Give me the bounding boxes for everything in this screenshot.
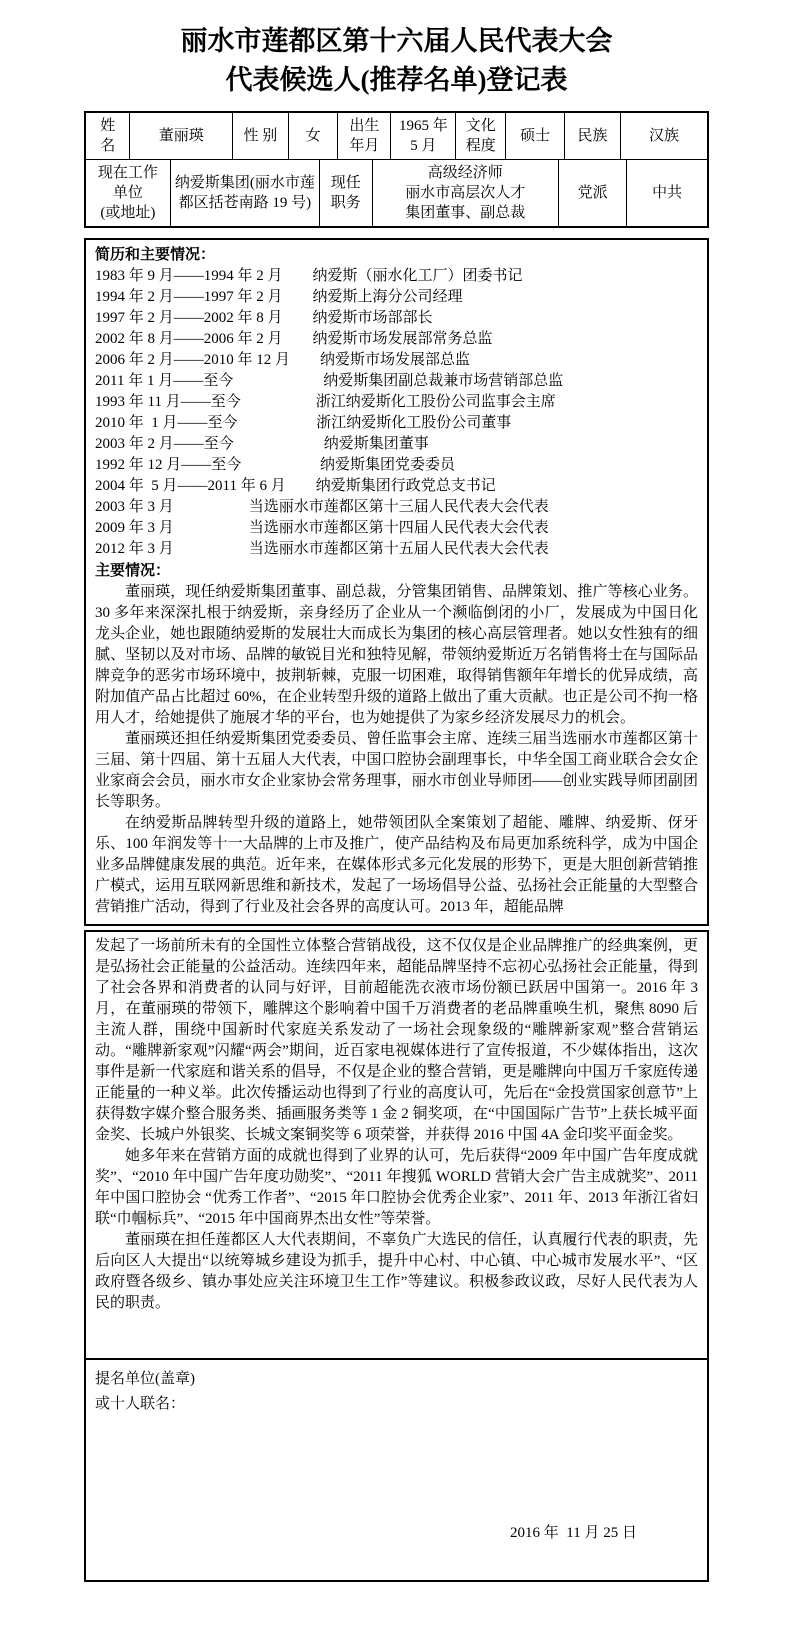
document-title: 丽水市莲都区第十六届人民代表大会 代表候选人(推荐名单)登记表 xyxy=(84,22,709,100)
resume-heading: 简历和主要情况： xyxy=(95,244,698,266)
resume-line: 2010 年 1 月——至今 浙江纳爱斯化工股份公司董事 xyxy=(95,413,698,434)
gender-label: 性 别 xyxy=(232,113,288,159)
education-value: 硕士 xyxy=(505,113,564,159)
joint-signers-label: 或十人联名： xyxy=(95,1392,698,1417)
ethnicity-value: 汉族 xyxy=(620,113,707,159)
resume-line: 2011 年 1 月——至今 纳爱斯集团副总裁兼市场营销部总监 xyxy=(95,371,698,392)
resume-line: 2006 年 2 月——2010 年 12 月 纳爱斯市场发展部总监 xyxy=(95,350,698,371)
gender-value: 女 xyxy=(288,113,338,159)
document-title-line-2: 代表候选人(推荐名单)登记表 xyxy=(226,65,568,95)
party-value: 中共 xyxy=(626,160,707,226)
birthdate-value: 1965 年 5 月 xyxy=(390,113,455,159)
continuation-paragraph: 发起了一场前所未有的全国性立体整合营销战役，这不仅仅是企业品牌推广的经典案例，更… xyxy=(95,936,698,1146)
resume-line: 1994 年 2 月——1997 年 2 月 纳爱斯上海分公司经理 xyxy=(95,287,698,308)
continuation-box: 发起了一场前所未有的全国性立体整合营销战役，这不仅仅是企业品牌推广的经典案例，更… xyxy=(84,930,709,1358)
profile-paragraph: 董丽瑛，现任纳爱斯集团董事、副总裁，分管集团销售、品牌策划、推广等核心业务。30… xyxy=(95,582,698,729)
candidate-info-table: 姓 名 董丽瑛 性 别 女 出生 年月 1965 年 5 月 文化 程度 硕士 … xyxy=(84,111,709,228)
resume-line: 1993 年 11 月——至今 浙江纳爱斯化工股份公司监事会主席 xyxy=(95,392,698,413)
info-row-2: 现在工作 单位 (或地址) 纳爱斯集团(丽水市莲 都区括苍南路 19 号) 现任… xyxy=(86,159,707,226)
resume-line: 2003 年 3 月 当选丽水市莲都区第十三届人民代表大会代表 xyxy=(95,497,698,518)
signature-date: 2016 年 11 月 25 日 xyxy=(510,1523,637,1544)
resume-line: 2004 年 5 月——2011 年 6 月 纳爱斯集团行政党总支书记 xyxy=(95,476,698,497)
continuation-paragraph: 她多年来在营销方面的成就也得到了业界的认可，先后获得“2009 年中国广告年度成… xyxy=(95,1146,698,1230)
resume-profile-box: 简历和主要情况： 1983 年 9 月——1994 年 2 月 纳爱斯（丽水化工… xyxy=(84,238,709,926)
info-row-1: 姓 名 董丽瑛 性 别 女 出生 年月 1965 年 5 月 文化 程度 硕士 … xyxy=(86,113,707,159)
nominating-unit-label: 提名单位(盖章) xyxy=(95,1367,698,1392)
position-label: 现任 职务 xyxy=(319,160,372,226)
resume-line: 1983 年 9 月——1994 年 2 月 纳爱斯（丽水化工厂）团委书记 xyxy=(95,266,698,287)
nomination-box: 提名单位(盖章) 或十人联名： 2016 年 11 月 25 日 xyxy=(84,1358,709,1582)
profile-paragraph: 董丽瑛还担任纳爱斯集团党委委员、曾任监事会主席、连续三届当选丽水市莲都区第十三届… xyxy=(95,729,698,813)
work-unit-label: 现在工作 单位 (或地址) xyxy=(86,160,170,226)
registration-form-page: 丽水市莲都区第十六届人民代表大会 代表候选人(推荐名单)登记表 姓 名 董丽瑛 … xyxy=(0,0,793,1632)
party-label: 党派 xyxy=(558,160,626,226)
work-unit-value: 纳爱斯集团(丽水市莲 都区括苍南路 19 号) xyxy=(170,160,319,226)
resume-line: 2003 年 2 月——至今 纳爱斯集团董事 xyxy=(95,434,698,455)
document-title-line-1: 丽水市莲都区第十六届人民代表大会 xyxy=(181,26,613,56)
profile-heading: 主要情况： xyxy=(95,560,698,582)
ethnicity-label: 民族 xyxy=(564,113,620,159)
position-value: 高级经济师 丽水市高层次人才 集团董事、副总裁 xyxy=(372,160,558,226)
name-value: 董丽瑛 xyxy=(129,113,231,159)
continuation-paragraph: 董丽瑛在担任莲都区人大代表期间，不辜负广大选民的信任，认真履行代表的职责，先后向… xyxy=(95,1230,698,1314)
profile-paragraph: 在纳爱斯品牌转型升级的道路上，她带领团队全案策划了超能、雕牌、纳爱斯、伢牙乐、1… xyxy=(95,813,698,918)
resume-line: 1992 年 12 月——至今 纳爱斯集团党委委员 xyxy=(95,455,698,476)
name-label: 姓 名 xyxy=(86,113,129,159)
resume-line: 2012 年 3 月 当选丽水市莲都区第十五届人民代表大会代表 xyxy=(95,539,698,560)
birthdate-label: 出生 年月 xyxy=(337,113,390,159)
resume-line: 2002 年 8 月——2006 年 2 月 纳爱斯市场发展部常务总监 xyxy=(95,329,698,350)
education-label: 文化 程度 xyxy=(455,113,505,159)
resume-line: 1997 年 2 月——2002 年 8 月 纳爱斯市场部部长 xyxy=(95,308,698,329)
resume-line: 2009 年 3 月 当选丽水市莲都区第十四届人民代表大会代表 xyxy=(95,518,698,539)
